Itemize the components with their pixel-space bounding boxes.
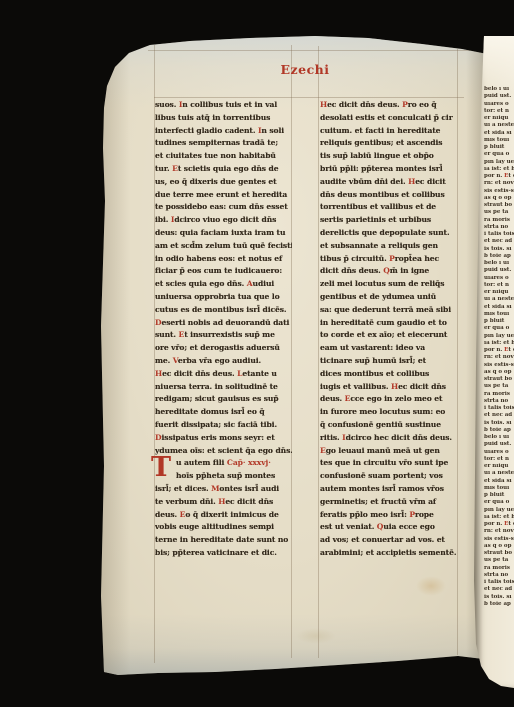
ink-text: et sidā sī bbox=[484, 130, 512, 136]
ink-text: autem montes isrl̄ ramos vr̄os bbox=[320, 484, 444, 493]
ink-text: tur. bbox=[155, 164, 172, 173]
text-line: tur. Et scietis quia ego dn̄s de bbox=[155, 163, 292, 176]
edge-text-line: uīares o bbox=[484, 101, 514, 108]
edge-text-line: us p̄e tā bbox=[484, 557, 514, 564]
ink-text: īa ist: et h bbox=[484, 340, 514, 346]
ink-text: tudines sempiternas tradā te; bbox=[155, 138, 278, 147]
ink-text: suos. bbox=[155, 100, 179, 109]
ink-text: dcirco viuo ego dicit dn̄s bbox=[174, 215, 276, 224]
ink-text: uī a neste bbox=[484, 470, 514, 476]
ink-text: fuerit dissipata; sic faciā tibi. bbox=[155, 420, 277, 429]
ink-text: et nēc ad bbox=[484, 586, 512, 592]
ink-text: er qua o bbox=[484, 499, 509, 505]
ink-text: hereditate domus isrl̄ eo q̄ bbox=[155, 407, 265, 416]
text-line: u autem fili Cap̄· xxxvj· bbox=[155, 457, 292, 470]
text-line: et subsannate a reliquis gen bbox=[320, 240, 457, 253]
text-line: tudines sempiternas tradā te; bbox=[155, 137, 292, 150]
text-line: isrl̄; et dices. Montes isrl̄ audi bbox=[155, 483, 292, 496]
ink-text: cutus es de montibus isrl̄ dicēs. bbox=[155, 305, 286, 314]
text-line: interfecti gladio cadent. In soli bbox=[155, 125, 292, 138]
edge-text-line: īa ist: et h bbox=[484, 166, 514, 173]
ink-text: m̄ in igne bbox=[390, 266, 429, 275]
ink-text: gentibus et de ydumea uniū bbox=[320, 292, 436, 301]
text-line: redigam; sicut gauisus es sup̄ bbox=[155, 393, 292, 406]
ink-text: belo ī uī bbox=[484, 260, 509, 266]
edge-text-line: ra mōris bbox=[484, 391, 514, 398]
ink-text: est ut veniat. bbox=[320, 522, 377, 531]
lighting-overlay-left bbox=[100, 36, 130, 676]
text-line: arabimini; et accipietis sementē. bbox=[320, 547, 457, 560]
edge-text-line: mīs touī bbox=[484, 485, 514, 492]
ink-text: isrl̄; et dices. bbox=[155, 484, 211, 493]
ruling-line-vertical bbox=[457, 49, 458, 655]
edge-text-line: strāūt bo bbox=[484, 376, 514, 383]
text-line: est ut veniat. Quia ecce ego bbox=[320, 521, 457, 534]
ink-text: tōr: et n bbox=[484, 456, 509, 462]
ink-text: sa: que dederunt terrā meā sibi bbox=[320, 305, 451, 314]
rubric-text: Cap̄· xxxvj· bbox=[227, 458, 271, 467]
ink-text: p̄ blūit bbox=[484, 492, 504, 498]
ink-text: ec dicit bbox=[415, 177, 446, 186]
ink-text: q̄ confusionē gentiū sustinue bbox=[320, 420, 441, 429]
ink-text: et scies quia ego dn̄s. bbox=[155, 279, 247, 288]
ink-text: deus. bbox=[155, 510, 180, 519]
edge-text-line: por n. Et o bbox=[484, 521, 514, 528]
ink-text: por n. bbox=[484, 347, 504, 353]
edge-text-line: sis estis-s bbox=[484, 362, 514, 369]
text-line: autem montes isrl̄ ramos vr̄os bbox=[320, 483, 457, 496]
ink-text: audite vbūm dn̄i dei. bbox=[320, 177, 408, 186]
text-line: derelictis que depopulate sunt. bbox=[320, 227, 457, 240]
text-line: libus tuis atq̄ in torrentibus bbox=[155, 112, 292, 125]
text-line: hoīs pp̄heta sup̄ montes bbox=[155, 470, 292, 483]
ink-text: as q̄ o op bbox=[484, 369, 511, 375]
ink-text: ec dicit dn̄s bbox=[225, 497, 273, 506]
ink-text: mīs touī bbox=[484, 311, 509, 317]
ink-text: ibi. bbox=[155, 215, 171, 224]
ink-text: et ciuitates tue non habitabū bbox=[155, 151, 276, 160]
text-line: Deserti nobis ad deuorandū dati bbox=[155, 317, 292, 330]
text-line: et scies quia ego dn̄s. Audiui bbox=[155, 278, 292, 291]
edge-text-line: strtā nō bbox=[484, 224, 514, 231]
text-line: ore vr̄o; et derogastis aduersū bbox=[155, 342, 292, 355]
ink-text: eserti nobis ad deuorandū dati bbox=[162, 318, 290, 327]
ink-text: us p̄e tā bbox=[484, 209, 508, 215]
ink-text: t scietis quia ego dn̄s de bbox=[178, 164, 279, 173]
text-line: tes que in circuitu vr̄o sunt ipe bbox=[320, 457, 457, 470]
ink-text: strtā nō bbox=[484, 572, 508, 578]
edge-text-line: puid ūst. bbox=[484, 441, 514, 448]
text-line: reliquis gentibus; et ascendis bbox=[320, 137, 457, 150]
text-line: tis sup̄ labiū lingue et obp̄o bbox=[320, 150, 457, 163]
edge-text-line: er qua o bbox=[484, 499, 514, 506]
ink-text: mīs touī bbox=[484, 137, 509, 143]
ink-text: eam ut vastarent: ideo va bbox=[320, 343, 425, 352]
ink-text: rope bbox=[415, 510, 434, 519]
ink-text: ec dicit dn̄s deus. bbox=[327, 100, 402, 109]
ink-text: ritis. bbox=[320, 433, 342, 442]
text-line: dn̄s deus montibus et collibus bbox=[320, 189, 457, 202]
edge-text-line: īa ist: et h bbox=[484, 340, 514, 347]
ink-text: ro eo q̄ bbox=[408, 100, 437, 109]
edge-text-line: p̄ blūit bbox=[484, 492, 514, 499]
ink-text: in hereditatē cum gaudio et to bbox=[320, 318, 447, 327]
edge-text-line: sis estis-s bbox=[484, 536, 514, 543]
text-line: us, eo q̄ dixeris due gentes et bbox=[155, 176, 292, 189]
edge-text-line: pīn lay uē bbox=[484, 507, 514, 514]
ink-text: derelictis que depopulate sunt. bbox=[320, 228, 450, 237]
edge-text-line: i talis tōis bbox=[484, 579, 514, 586]
edge-text-line: īa ist: et h bbox=[484, 514, 514, 521]
ink-text: belo ī uī bbox=[484, 86, 509, 92]
ink-text: in furore meo locutus sum: eo bbox=[320, 407, 445, 416]
edge-text-line: is tōis. sī bbox=[484, 246, 514, 253]
edge-text-line: et nēc ad bbox=[484, 412, 514, 419]
ink-text: dn̄s deus montibus et collibus bbox=[320, 190, 445, 199]
edge-text-line: sis estis-s bbox=[484, 188, 514, 195]
edge-text-line: mīs touī bbox=[484, 311, 514, 318]
edge-text-line: puid ūst. bbox=[484, 267, 514, 274]
edge-text-line: strtā nō bbox=[484, 572, 514, 579]
ink-text: ydumea oīs: et scient q̄a ego dn̄s. bbox=[155, 446, 292, 455]
ink-text: uīares o bbox=[484, 101, 509, 107]
ink-text: puid ūst. bbox=[484, 267, 511, 273]
edge-text-line: er nīiqū bbox=[484, 115, 514, 122]
text-line: tibus p̄ circuitū. Propt̄ea hec bbox=[320, 253, 457, 266]
text-column-right: Hec dicit dn̄s deus. Pro eo q̄desolati e… bbox=[320, 99, 457, 560]
edge-text-line: er qua o bbox=[484, 151, 514, 158]
edge-text-line: is tōis. sī bbox=[484, 420, 514, 427]
ink-text: confusionē suam portent; vos bbox=[320, 471, 443, 480]
text-line: briū pp̄li: pp̄terea montes isrl̄ bbox=[320, 163, 457, 176]
ink-text: niuersa terra. in solitudinē te bbox=[155, 382, 278, 391]
text-line: deus. Ecce ego in zelo meo et bbox=[320, 393, 457, 406]
ink-text: uīares o bbox=[484, 449, 509, 455]
ink-text: deus. bbox=[320, 394, 345, 403]
ink-text: zeli mei locutus sum de reliq̄s bbox=[320, 279, 444, 288]
ink-text: t o bbox=[508, 173, 514, 179]
ink-text: go leuaui manū meā ut gen bbox=[326, 446, 440, 455]
ink-text: n soli bbox=[261, 126, 284, 135]
ink-text: tibus p̄ circuitū. bbox=[320, 254, 389, 263]
ink-text: er qua o bbox=[484, 151, 509, 157]
ruling-line-horizontal bbox=[148, 50, 480, 51]
ink-text: et nēc ad bbox=[484, 412, 512, 418]
edge-text-line: ra mōris bbox=[484, 565, 514, 572]
text-line: in hereditatē cum gaudio et to bbox=[320, 317, 457, 330]
text-line: dicit dn̄s deus. Qm̄ in igne bbox=[320, 265, 457, 278]
ink-text: uī a neste bbox=[484, 122, 514, 128]
ink-text: puid ūst. bbox=[484, 93, 511, 99]
ink-text: ore vr̄o; et derogastis aduersū bbox=[155, 343, 280, 352]
ink-text: sis estis-s bbox=[484, 188, 514, 194]
ink-text: b tōie āp bbox=[484, 427, 511, 433]
ink-text: b tōie āp bbox=[484, 253, 511, 259]
ink-text: ra mōris bbox=[484, 391, 510, 397]
text-line: ticinare sup̄ humū isrl̄; et bbox=[320, 355, 457, 368]
text-line: suos. In collibus tuis et in val bbox=[155, 99, 292, 112]
ink-text: ropt̄ea hec bbox=[395, 254, 439, 263]
edge-text-line: b tōie āp bbox=[484, 253, 514, 260]
ink-text: ontes isrl̄ audi bbox=[219, 484, 279, 493]
text-line: sunt. Et insurrexistis sup̄ me bbox=[155, 329, 292, 342]
ink-text: ec dicit dn̄s deus. bbox=[162, 369, 237, 378]
ink-text: rn: et nōv bbox=[484, 354, 514, 360]
text-line: eam ut vastarent: ideo va bbox=[320, 342, 457, 355]
edge-text-line: strāūt bo bbox=[484, 202, 514, 209]
ink-text: b tōie āp bbox=[484, 601, 511, 607]
ink-text: cce ego in zelo meo et bbox=[350, 394, 442, 403]
text-line: bis; pp̄terea vaticinare et dic. bbox=[155, 547, 292, 560]
ink-text: rn: et nōv bbox=[484, 528, 514, 534]
ink-text: pīn lay uē bbox=[484, 159, 514, 165]
text-line: am et scd̄m zelum tuū quē fecisti bbox=[155, 240, 292, 253]
ink-text: et sidā sī bbox=[484, 304, 512, 310]
text-line: gentibus et de ydumea uniū bbox=[320, 291, 457, 304]
ink-text: libus tuis atq̄ in torrentibus bbox=[155, 113, 270, 122]
text-line: cuitum. et facti in hereditate bbox=[320, 125, 457, 138]
ink-text: ra mōris bbox=[484, 217, 510, 223]
ink-text: rn: et nōv bbox=[484, 180, 514, 186]
ink-text: īa ist: et h bbox=[484, 514, 514, 520]
edge-text-line: pīn lay uē bbox=[484, 333, 514, 340]
ink-text: uia ecce ego bbox=[383, 522, 435, 531]
ink-text: dcirco hec dicit dn̄s deus. bbox=[346, 433, 452, 442]
edge-text-line: er nīiqū bbox=[484, 463, 514, 470]
ink-text: dicit dn̄s deus. bbox=[320, 266, 383, 275]
ink-text: ad vos; et conuertar ad vos. et bbox=[320, 535, 445, 544]
text-line: zeli mei locutus sum de reliq̄s bbox=[320, 278, 457, 291]
edge-text-line: belo ī uī bbox=[484, 86, 514, 93]
ink-text: as q̄ o op bbox=[484, 195, 511, 201]
edge-text-line: us p̄e tā bbox=[484, 383, 514, 390]
ink-text: ticinare sup̄ humū isrl̄; et bbox=[320, 356, 426, 365]
edge-text-line: uī a neste bbox=[484, 122, 514, 129]
ink-text: i talis tōis bbox=[484, 231, 514, 237]
ink-text: issipatus eris mons seyr: et bbox=[162, 433, 275, 442]
ink-text: dices montibus et collibus bbox=[320, 369, 429, 378]
edge-text-line: et sidā sī bbox=[484, 130, 514, 137]
ink-text: tōr: et n bbox=[484, 108, 509, 114]
edge-text-line: i talis tōis bbox=[484, 405, 514, 412]
ink-text: bis; pp̄terea vaticinare et dic. bbox=[155, 548, 277, 557]
ink-text: etante u bbox=[242, 369, 276, 378]
edge-text-line: belo ī uī bbox=[484, 260, 514, 267]
ink-text: in odio habens eos: et notus ef bbox=[155, 254, 282, 263]
ink-text: strāūt bo bbox=[484, 202, 512, 208]
edge-text-line: et sidā sī bbox=[484, 304, 514, 311]
edge-text-line: mīs touī bbox=[484, 137, 514, 144]
ink-text: hoīs pp̄heta sup̄ montes bbox=[176, 471, 275, 480]
ink-text: et nēc ad bbox=[484, 238, 512, 244]
text-line: ficiar p̄ eos cum te iudicauero: bbox=[155, 265, 292, 278]
ink-text: torrentibus et vallibus et de bbox=[320, 202, 436, 211]
running-header: Ezechi bbox=[265, 62, 345, 77]
ink-text: por n. bbox=[484, 173, 504, 179]
text-line: torrentibus et vallibus et de bbox=[320, 201, 457, 214]
ink-text: as q̄ o op bbox=[484, 543, 511, 549]
ink-text: sis estis-s bbox=[484, 536, 514, 542]
ink-text: reliquis gentibus; et ascendis bbox=[320, 138, 442, 147]
ink-text: sunt. bbox=[155, 330, 179, 339]
text-line: dices montibus et collibus bbox=[320, 368, 457, 381]
ink-text: p̄ blūit bbox=[484, 318, 504, 324]
ink-text: to corde et ex aīo; et eiecerunt bbox=[320, 330, 447, 339]
ink-text: briū pp̄li: pp̄terea montes isrl̄ bbox=[320, 164, 442, 173]
ink-text: tis sup̄ labiū lingue et obp̄o bbox=[320, 151, 434, 160]
edge-text-line: is tōis. sī bbox=[484, 594, 514, 601]
text-line: Hec dicit dn̄s deus. Pro eo q̄ bbox=[320, 99, 457, 112]
ink-text: uniuersa opprobria tua que lo bbox=[155, 292, 280, 301]
ink-text: pīn lay uē bbox=[484, 507, 514, 513]
ink-text: cuitum. et facti in hereditate bbox=[320, 126, 440, 135]
text-line: Hec dicit dn̄s deus. Letante u bbox=[155, 368, 292, 381]
edge-text-line: uī a neste bbox=[484, 470, 514, 477]
ink-text: sis estis-s bbox=[484, 362, 514, 368]
edge-text-line: as q̄ o op bbox=[484, 369, 514, 376]
ink-text: er qua o bbox=[484, 325, 509, 331]
parchment-stain bbox=[296, 628, 336, 644]
ink-text: deus: quia faciam iuxta iram tu bbox=[155, 228, 285, 237]
edge-text-line: rn: et nōv bbox=[484, 180, 514, 187]
text-line: te possidebo eas: cum dn̄s esset bbox=[155, 201, 292, 214]
text-column-left: suos. In collibus tuis et in vallibus tu… bbox=[155, 99, 292, 560]
edge-text-line: et nēc ad bbox=[484, 238, 514, 245]
text-line: sa: que dederunt terrā meā sibi bbox=[320, 304, 457, 317]
ink-text: uī a neste bbox=[484, 296, 514, 302]
edge-text-line: ra mōris bbox=[484, 217, 514, 224]
text-line: Ego leuaui manū meā ut gen bbox=[320, 445, 457, 458]
lighting-overlay-bottom bbox=[100, 614, 492, 676]
edge-text-line: belo ī uī bbox=[484, 434, 514, 441]
ink-text: puid ūst. bbox=[484, 441, 511, 447]
edge-text: belo ī uīpuid ūst.uīares otōr: et n… bbox=[484, 86, 514, 652]
text-line: germinetis; et fructū vr̄m af bbox=[320, 496, 457, 509]
ink-text: me. bbox=[155, 356, 173, 365]
edge-text-line: i talis tōis bbox=[484, 231, 514, 238]
ink-text: germinetis; et fructū vr̄m af bbox=[320, 497, 436, 506]
ink-text: sertis parietinis et urbibus bbox=[320, 215, 431, 224]
text-line: desolati estis et conculcati p̄ cir bbox=[320, 112, 457, 125]
text-line: to corde et ex aīo; et eiecerunt bbox=[320, 329, 457, 342]
text-line: deus: quia faciam iuxta iram tu bbox=[155, 227, 292, 240]
ink-text: feratis pp̄lo meo isrl̄: bbox=[320, 510, 409, 519]
ink-text: terne in hereditate date sunt no bbox=[155, 535, 288, 544]
ink-text: vobis euge altitudines sempi bbox=[155, 522, 274, 531]
text-line: ad vos; et conuertar ad vos. et bbox=[320, 534, 457, 547]
edge-text-line: as q̄ o op bbox=[484, 543, 514, 550]
ink-text: tōr: et n bbox=[484, 282, 509, 288]
ink-text: belo ī uī bbox=[484, 434, 509, 440]
text-line: cutus es de montibus isrl̄ dicēs. bbox=[155, 304, 292, 317]
ink-text: ficiar p̄ eos cum te iudicauero: bbox=[155, 266, 282, 275]
ink-text: er nīiqū bbox=[484, 289, 508, 295]
text-line: terne in hereditate date sunt no bbox=[155, 534, 292, 547]
manuscript-page: Ezechi suos. In collibus tuis et in vall… bbox=[100, 36, 492, 676]
ink-text: is tōis. sī bbox=[484, 594, 512, 600]
ink-text: us, eo q̄ dixeris due gentes et bbox=[155, 177, 277, 186]
edge-text-line: et nēc ad bbox=[484, 586, 514, 593]
ink-text: t o bbox=[508, 521, 514, 527]
ink-text: i talis tōis bbox=[484, 579, 514, 585]
ink-text: is tōis. sī bbox=[484, 420, 512, 426]
edge-text-line: b tōie āp bbox=[484, 601, 514, 608]
ink-text: et sidā sī bbox=[484, 478, 512, 484]
ink-text: interfecti gladio cadent. bbox=[155, 126, 258, 135]
text-line: te verbum dn̄i. Hec dicit dn̄s bbox=[155, 496, 292, 509]
edge-text-line: us p̄e tā bbox=[484, 209, 514, 216]
ink-text: tes que in circuitu vr̄o sunt ipe bbox=[320, 458, 448, 467]
ink-text: uīares o bbox=[484, 275, 509, 281]
text-line: et ciuitates tue non habitabū bbox=[155, 150, 292, 163]
text-line: deus. Eo q̄ dixerit inimicus de bbox=[155, 509, 292, 522]
edge-text-line: uīares o bbox=[484, 449, 514, 456]
ink-text: ra mōris bbox=[484, 565, 510, 571]
parchment-stain bbox=[416, 576, 446, 596]
ink-text: is tōis. sī bbox=[484, 246, 512, 252]
ink-text: udiui bbox=[253, 279, 275, 288]
ink-text: t o bbox=[508, 347, 514, 353]
ink-text: desolati estis et conculcati p̄ cir bbox=[320, 113, 453, 122]
ink-text: ec dicit dn̄s bbox=[398, 382, 446, 391]
ink-text: due terre mee erunt et heredita bbox=[155, 190, 287, 199]
text-line: ritis. Idcirco hec dicit dn̄s deus. bbox=[320, 432, 457, 445]
edge-text-line: as q̄ o op bbox=[484, 195, 514, 202]
text-line: q̄ confusionē gentiū sustinue bbox=[320, 419, 457, 432]
edge-text-line: uī a neste bbox=[484, 296, 514, 303]
ink-text: am et scd̄m zelum tuū quē fecisti bbox=[155, 241, 292, 250]
edge-text-line: strāūt bo bbox=[484, 550, 514, 557]
edge-text-line: b tōie āp bbox=[484, 427, 514, 434]
ink-text: p̄ blūit bbox=[484, 144, 504, 150]
edge-text-line: er qua o bbox=[484, 325, 514, 332]
ink-text: te possidebo eas: cum dn̄s esset bbox=[155, 202, 288, 211]
text-line: in odio habens eos: et notus ef bbox=[155, 253, 292, 266]
ink-text: por n. bbox=[484, 521, 504, 527]
text-line: iugis et vallibus. Hec dicit dn̄s bbox=[320, 381, 457, 394]
rubric-text: H bbox=[391, 382, 398, 391]
edge-text-line: er nīiqū bbox=[484, 289, 514, 296]
text-line: me. Verba vr̄a ego audiui. bbox=[155, 355, 292, 368]
ink-text: et subsannate a reliquis gen bbox=[320, 241, 438, 250]
ink-text: er nīiqū bbox=[484, 115, 508, 121]
text-line: in furore meo locutus sum: eo bbox=[320, 406, 457, 419]
ink-text: te verbum dn̄i. bbox=[155, 497, 218, 506]
ink-text: u autem fili bbox=[176, 458, 227, 467]
ink-text: strtā nō bbox=[484, 398, 508, 404]
ink-text: o q̄ dixerit inimicus de bbox=[185, 510, 278, 519]
ink-text: iugis et vallibus. bbox=[320, 382, 391, 391]
text-line: fuerit dissipata; sic faciā tibi. bbox=[155, 419, 292, 432]
text-line: feratis pp̄lo meo isrl̄: Prope bbox=[320, 509, 457, 522]
text-line: sertis parietinis et urbibus bbox=[320, 214, 457, 227]
chapter-initial: T bbox=[151, 455, 173, 481]
edge-text-line: por n. Et o bbox=[484, 173, 514, 180]
ink-text: erba vr̄a ego audiui. bbox=[178, 356, 261, 365]
edge-text-line: p̄ blūit bbox=[484, 318, 514, 325]
ink-text: arabimini; et accipietis sementē. bbox=[320, 548, 456, 557]
ruling-line-horizontal bbox=[154, 97, 464, 98]
ink-text: t insurrexistis sup̄ me bbox=[184, 330, 275, 339]
ink-text: er nīiqū bbox=[484, 463, 508, 469]
ink-text: strtā nō bbox=[484, 224, 508, 230]
edge-text-line: por n. Et o bbox=[484, 347, 514, 354]
text-line: ydumea oīs: et scient q̄a ego dn̄s. bbox=[155, 445, 292, 458]
edge-text-line: rn: et nōv bbox=[484, 528, 514, 535]
text-line: vobis euge altitudines sempi bbox=[155, 521, 292, 534]
ink-text: n collibus tuis et in val bbox=[182, 100, 277, 109]
edge-text-line: tōr: et n bbox=[484, 108, 514, 115]
